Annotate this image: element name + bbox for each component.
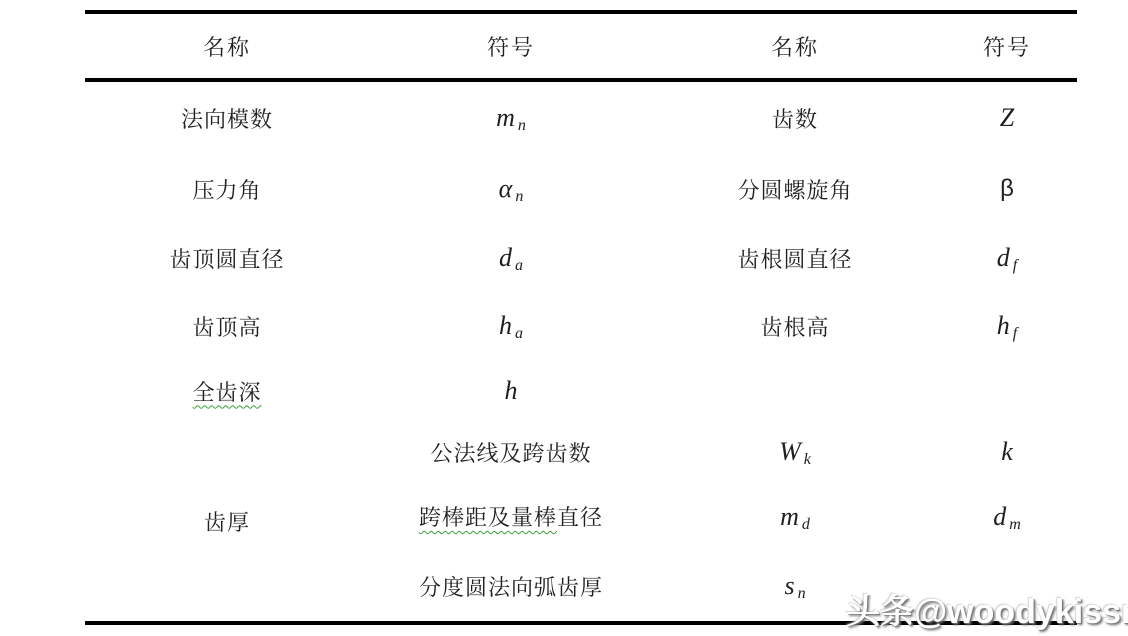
cell-name: 齿顶圆直径 — [85, 224, 369, 292]
cell-symbol: αn — [369, 154, 653, 224]
symbol-base: h — [505, 376, 518, 406]
cell-symbol: h — [369, 360, 653, 422]
symbol-subscript: n — [798, 585, 806, 603]
cell-name: 分圆螺旋角 — [653, 154, 937, 224]
param-label-spellchecked: 全齿深 — [192, 376, 261, 407]
cell-symbol-empty — [937, 360, 1077, 422]
cell-name: 齿数 — [653, 82, 937, 154]
subname-underlined: 跨棒距及量棒 — [419, 501, 557, 532]
cell-symbol: mn — [369, 82, 653, 154]
cell-symbol: k — [937, 422, 1077, 482]
tooth-thickness-group-label: 齿厚 — [85, 422, 369, 621]
symbol-subscript: d — [802, 516, 810, 534]
param-label: 齿厚 — [204, 506, 250, 537]
header-symbol-col2: 符号 — [937, 14, 1077, 78]
param-label: 分圆螺旋角 — [737, 174, 852, 205]
cell-name: 齿根高 — [653, 292, 937, 360]
symbol-base: Z — [1000, 103, 1014, 133]
symbol-subscript: m — [1009, 516, 1021, 534]
symbol-base: m — [780, 502, 799, 532]
symbol-subscript: n — [515, 188, 523, 206]
cell-symbol: md — [653, 482, 937, 551]
cell-name: 齿顶高 — [85, 292, 369, 360]
symbol-base: d — [993, 502, 1006, 532]
symbol-base: m — [496, 103, 515, 133]
cell-name: 法向模数 — [85, 82, 369, 154]
symbol-subscript: a — [515, 257, 523, 275]
cell-symbol: dm — [937, 482, 1077, 551]
cell-subname: 跨棒距及量棒直径 — [369, 482, 653, 551]
symbol-subscript: f — [1013, 257, 1017, 275]
cell-name-empty — [653, 360, 937, 422]
symbol-base: d — [997, 243, 1010, 273]
subname-text: 公法线及跨齿数 — [430, 437, 591, 468]
param-label: 齿顶高 — [192, 311, 261, 342]
param-label: 齿根圆直径 — [737, 243, 852, 274]
symbol-base: s — [784, 571, 794, 601]
header-symbol-col1: 符号 — [369, 14, 653, 78]
cell-symbol: Wk — [653, 422, 937, 482]
symbol-base: h — [499, 311, 512, 341]
symbol-subscript: a — [515, 325, 523, 343]
table-header-row: 名称 符号 名称 符号 — [85, 14, 1077, 78]
param-label: 法向模数 — [181, 103, 273, 134]
symbol-base: β — [1000, 175, 1014, 203]
gear-parameters-table: 名称 符号 名称 符号 法向模数 mn 齿数 Z 压力角 αn 分圆螺旋角 β … — [85, 10, 1077, 625]
param-label: 压力角 — [192, 174, 261, 205]
cell-subname: 公法线及跨齿数 — [369, 422, 653, 482]
param-label: 齿根高 — [760, 311, 829, 342]
symbol-base: α — [499, 174, 513, 204]
watermark: 头条@woodykissme — [846, 584, 1128, 633]
cell-name: 全齿深 — [85, 360, 369, 422]
symbol-subscript: k — [804, 451, 811, 469]
cell-subname: 分度圆法向弧齿厚 — [369, 551, 653, 621]
cell-symbol: df — [937, 224, 1077, 292]
param-label: 齿数 — [772, 103, 818, 134]
cell-symbol: β — [937, 154, 1077, 224]
header-name-col2: 名称 — [653, 14, 937, 78]
table-body: 法向模数 mn 齿数 Z 压力角 αn 分圆螺旋角 β 齿顶圆直径 da 齿根圆… — [85, 82, 1077, 621]
cell-symbol: da — [369, 224, 653, 292]
symbol-base: W — [779, 437, 801, 467]
symbol-base: k — [1001, 437, 1013, 467]
symbol-base: d — [499, 243, 512, 273]
symbol-base: h — [997, 311, 1010, 341]
symbol-subscript: f — [1013, 325, 1017, 343]
cell-symbol: ha — [369, 292, 653, 360]
cell-symbol: hf — [937, 292, 1077, 360]
param-label: 齿顶圆直径 — [169, 243, 284, 274]
subname-text: 直径 — [557, 501, 603, 532]
cell-symbol: Z — [937, 82, 1077, 154]
header-name-col1: 名称 — [85, 14, 369, 78]
symbol-subscript: n — [518, 117, 526, 135]
cell-name: 齿根圆直径 — [653, 224, 937, 292]
cell-name: 压力角 — [85, 154, 369, 224]
subname-text: 分度圆法向弧齿厚 — [419, 571, 603, 602]
